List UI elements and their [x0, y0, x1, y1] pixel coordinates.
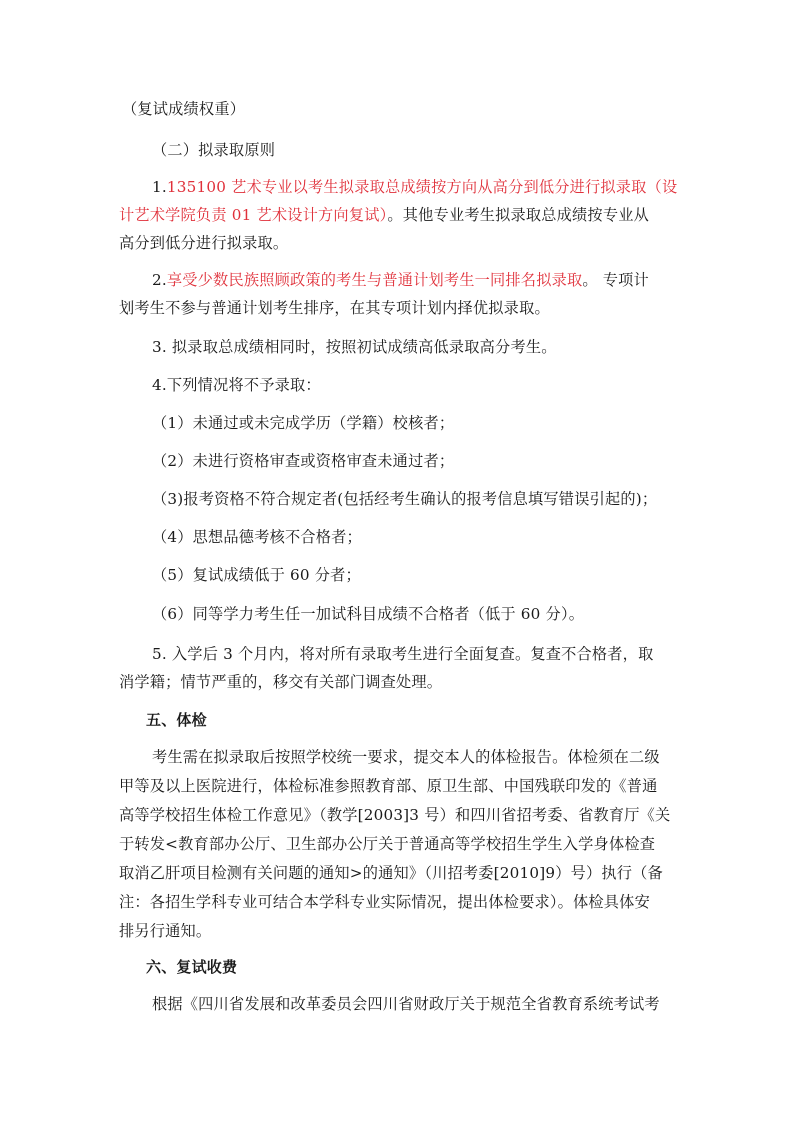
text-line: 于转发<教育部办公厅、卫生部办公厅关于普通高等学校招生学生入学身体检查	[119, 833, 655, 855]
text-line: 高等学校招生体检工作意见》（教学[2003]3 号）和四川省招考委、省教育厅《关	[119, 804, 670, 826]
text-line: 3. 拟录取总成绩相同时，按照初试成绩高低录取高分考生。	[152, 336, 557, 358]
text-line: 注：各招生学科专业可结合本学科专业实际情况，提出体检要求）。体检具体安	[119, 891, 650, 913]
text-segment: 五、体检	[146, 711, 207, 729]
text-segment: （3)报考资格不符合规定者(包括经考生确认的报考信息填写错误引起的)；	[152, 490, 657, 508]
text-line: （复试成绩权重）	[122, 98, 245, 120]
text-segment: 5. 入学后 3 个月内，将对所有录取考生进行全面复查。复查不合格者，取	[152, 645, 653, 663]
text-segment: （1）未通过或未完成学历（学籍）校核者；	[152, 414, 454, 432]
text-segment: 于转发<教育部办公厅、卫生部办公厅关于普通高等学校招生学生入学身体检查	[119, 835, 655, 853]
text-segment: （4）思想品德考核不合格者；	[152, 528, 362, 546]
text-segment: 消学籍；情节严重的，移交有关部门调查处理。	[119, 673, 442, 691]
text-line: 甲等及以上医院进行，体检标准参照教育部、原卫生部、中国残联印发的《普通	[119, 775, 658, 797]
text-line: 考生需在拟录取后按照学校统一要求，提交本人的体检报告。体检须在二级	[152, 746, 660, 768]
text-line: （1）未通过或未完成学历（学籍）校核者；	[152, 412, 454, 434]
text-line: 4.下列情况将不予录取：	[152, 374, 321, 396]
text-line: （二）拟录取原则	[152, 139, 275, 161]
text-line: （3)报考资格不符合规定者(包括经考生确认的报考信息填写错误引起的)；	[152, 488, 657, 510]
text-segment: 高分到低分进行拟录取。	[119, 234, 288, 252]
text-line: 排另行通知。	[119, 920, 211, 942]
text-segment: 2.	[152, 271, 167, 289]
text-line: 划考生不参与普通计划考生排序，在其专项计划内择优拟录取。	[119, 297, 550, 319]
text-line: 计艺术学院负责 01 艺术设计方向复试）。其他专业考生拟录取总成绩按专业从	[119, 204, 649, 226]
text-line: 消学籍；情节严重的，移交有关部门调查处理。	[119, 671, 442, 693]
text-line: （6）同等学力考生任一加试科目成绩不合格者（低于 60 分）。	[152, 603, 584, 625]
text-segment: （6）同等学力考生任一加试科目成绩不合格者（低于 60 分）。	[152, 605, 584, 623]
text-segment: （5）复试成绩低于 60 分者；	[152, 566, 361, 584]
text-segment: 排另行通知。	[119, 922, 211, 940]
text-segment: 根据《四川省发展和改革委员会四川省财政厅关于规范全省教育系统考试考	[152, 995, 660, 1013]
text-segment: （复试成绩权重）	[122, 100, 245, 118]
text-segment: （二）拟录取原则	[152, 141, 275, 159]
text-line: 取消乙肝项目检测有关问题的通知>的通知》（川招考委[2010]9）号）执行（备	[119, 862, 663, 884]
text-segment: （2）未进行资格审查或资格审查未通过者；	[152, 452, 454, 470]
text-line: 1.135100 艺术专业以考生拟录取总成绩按方向从高分到低分进行拟录取（设	[152, 176, 677, 198]
text-segment: 。 专项计	[582, 271, 649, 289]
text-segment: 取消乙肝项目检测有关问题的通知>的通知》（川招考委[2010]9）号）执行（备	[119, 864, 663, 882]
text-segment: 考生需在拟录取后按照学校统一要求，提交本人的体检报告。体检须在二级	[152, 748, 660, 766]
text-line: （2）未进行资格审查或资格审查未通过者；	[152, 450, 454, 472]
text-segment: 六、复试收费	[146, 958, 237, 976]
text-segment: 4.下列情况将不予录取：	[152, 376, 321, 394]
highlighted-text: 享受少数民族照顾政策的考生与普通计划考生一同排名拟录取	[167, 271, 582, 289]
text-line: 高分到低分进行拟录取。	[119, 232, 288, 254]
text-line: 2.享受少数民族照顾政策的考生与普通计划考生一同排名拟录取。 专项计	[152, 269, 649, 291]
text-line: （4）思想品德考核不合格者；	[152, 526, 362, 548]
text-segment: 高等学校招生体检工作意见》（教学[2003]3 号）和四川省招考委、省教育厅《关	[119, 806, 670, 824]
text-segment: 划考生不参与普通计划考生排序，在其专项计划内择优拟录取。	[119, 299, 550, 317]
text-segment: 1.	[152, 178, 167, 196]
text-line: （5）复试成绩低于 60 分者；	[152, 564, 361, 586]
text-segment: 注：各招生学科专业可结合本学科专业实际情况，提出体检要求）。体检具体安	[119, 893, 650, 911]
section-heading: 五、体检	[146, 709, 207, 731]
text-segment: 3. 拟录取总成绩相同时，按照初试成绩高低录取高分考生。	[152, 338, 557, 356]
highlighted-text: 计艺术学院负责 01 艺术设计方向复试）	[119, 206, 387, 224]
section-heading: 六、复试收费	[146, 956, 237, 978]
text-line: 根据《四川省发展和改革委员会四川省财政厅关于规范全省教育系统考试考	[152, 993, 660, 1015]
text-line: 5. 入学后 3 个月内，将对所有录取考生进行全面复查。复查不合格者，取	[152, 643, 653, 665]
text-segment: 。其他专业考生拟录取总成绩按专业从	[387, 206, 649, 224]
highlighted-text: 135100 艺术专业以考生拟录取总成绩按方向从高分到低分进行拟录取（设	[167, 178, 677, 196]
text-segment: 甲等及以上医院进行，体检标准参照教育部、原卫生部、中国残联印发的《普通	[119, 777, 658, 795]
